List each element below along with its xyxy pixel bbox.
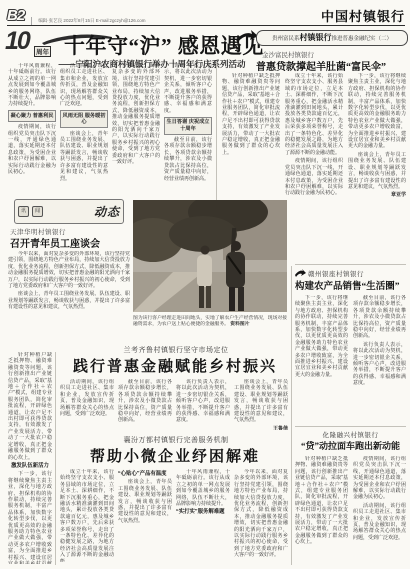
- lankao-article-body: 活动期间，该行组织员工走进社区、集市和企业，发放宣传折页，普及金融知识，现场解答…: [60, 379, 290, 430]
- left-col-subhead: 激发队伍新活力: [8, 463, 52, 469]
- jinsha-byline: 章亚学: [348, 192, 406, 198]
- lead-subhead-1: 凝心聚力 普惠利民: [8, 110, 56, 121]
- lead-col-3: 今年以来，面对复杂多变的外部环境，该行坚持党建引领，围绕地方特色产业布局，持续加…: [112, 63, 160, 196]
- lead-subhead-2: 风雨无阻 服务暖初心: [60, 110, 108, 128]
- body-text: 活动期间，该行组织员工走进社区、集市和企业，发放宣传折页，普及金融知识，现场解答…: [60, 379, 114, 417]
- jinsha-col-3: 下一步，该行将继续聚焦主责主业，深化与地方政府、担保机构的协作联动，持续完善服务…: [348, 73, 406, 262]
- body-text: 座谈会上，青年员工围绕业务发展、队伍建设、职业规划等踊跃发言，畅谈收获与困惑，并…: [118, 479, 172, 524]
- lamian-col-1: 针对种植户缺乏抵押物、融资难融资贵等问题，该行创新推出产业链信贷产品，采取“基地…: [295, 456, 348, 562]
- body-text: 截至目前，该行各项存款余额稳步增长，各项贷款余额持续攀升，涉农及小微贷款占比保持…: [164, 137, 212, 182]
- news-icon: 讯: [18, 206, 29, 217]
- body-text: 该行负责人表示，将以此次活动为契机，进一步密切银企关系，倾听客户心声，改进服务举…: [353, 342, 406, 387]
- body-text: 今年以来，面对复杂多变的外部环境，该行坚持党建引领，围绕地方特色产业布局，持续加…: [234, 469, 288, 559]
- dongtai-article-body: 今年以来，面对复杂多变的外部环境，该行坚持党建引领，围绕地方特色产业布局，持续加…: [8, 251, 130, 348]
- series-banner-suffix: 推进普惠金融纪实（二）: [332, 36, 393, 42]
- jinsha-col-2: 成立十年来，该行始终坚守支农支小、服务县域的市场定位，立足本土、深耕细作，不断下…: [285, 73, 343, 262]
- lankao-col-1: 活动期间，该行组织员工走进社区、集市和企业，发放宣传折页，普及金融知识，现场解答…: [60, 379, 114, 430]
- series-arrow-icon: [236, 30, 258, 43]
- dongtai-logo-text: 动态: [94, 203, 120, 220]
- body-text: 针对种植户缺乏抵押物、融资难融资贵等问题，该行创新推出产业链信贷产品，采取“基地…: [8, 352, 52, 461]
- body-text: 座谈会上，青年员工围绕业务发展、队伍建设、职业规划等踊跃发言，畅谈收获与困惑，并…: [234, 379, 288, 424]
- series-banner-bold: 村镇银行: [300, 33, 332, 42]
- xiangfen-headline: 帮助小微企业纾困解难: [60, 445, 290, 466]
- ganzhou-article-body: 下一步，该行将继续聚焦主责主业，深化与地方政府、担保机构的协作联动，持续完善服务…: [295, 295, 406, 422]
- body-text: 该行负责人表示，将以此次活动为契机，进一步密切银企关系，倾听客户心声，改进服务举…: [164, 63, 212, 114]
- lamian-kicker: 化隆融兴村镇银行: [295, 430, 406, 439]
- anniversary-label: 周年: [34, 46, 51, 57]
- body-text: 活动期间，该行组织员工走进社区、集市和企业，发放宣传折页，普及金融知识，现场解答…: [353, 503, 406, 541]
- left-continuation-column: 针对种植户缺乏抵押物、融资难融资贵等问题，该行创新推出产业链信贷产品，采取“基地…: [8, 352, 52, 564]
- body-text: 活动期间，该行组织员工走进社区、集市和企业，发放宣传折页，普及金融知识，现场解答…: [60, 63, 108, 108]
- xiangfen-col-1: 成立十年来，该行始终坚守支农支小、服务县域的市场定位，立足本土、深耕细作，不断下…: [60, 469, 114, 562]
- edition-meta: 编辑·张艺良 2022年8月15日 E-mail:zgczyh@126.com: [31, 17, 145, 25]
- body-text: 成立十年来，该行始终坚守支农支小、服务县域的市场定位，立足本土、深耕细作，不断下…: [60, 469, 114, 562]
- ganzhou-kicker: 赣州银座村镇银行: [308, 269, 364, 278]
- page-header: B2 编辑·张艺良 2022年8月15日 E-mail:zgczyh@126.c…: [7, 4, 405, 26]
- photo-caption: 图为该行客户经理走进田间地头，实地了解农户生产经营情况，现场对接融资需求，为农户…: [133, 316, 287, 328]
- lankao-kicker: 兰考齐鲁村镇银行坚守市场定位: [62, 345, 290, 355]
- body-text: 今年以来，面对复杂多变的外部环境，该行坚持党建引领，围绕地方特色产业布局，持续加…: [8, 251, 130, 289]
- section-masthead: 中国村镇银行: [321, 6, 405, 25]
- lead-headline: 十年守“沪” 感恩遇见: [64, 30, 259, 60]
- column-divider: [55, 352, 56, 565]
- body-text: 针对种植户缺乏抵押物、融资难融资贵等问题，该行创新推出产业链信贷产品，采取“基地…: [295, 456, 348, 546]
- lamian-headline: “贷”动拉面车跑出新动能: [295, 439, 406, 452]
- body-text: 下一步，该行将继续聚焦主责主业，深化与地方政府、担保机构的协作联动，持续完善服务…: [295, 295, 348, 378]
- lankao-col-2: 截至目前，该行各项存款余额稳步增长，各项贷款余额持续攀升，涉农及小微贷款占比保持…: [118, 379, 172, 430]
- photo-credit: 资料图片: [230, 322, 249, 327]
- lankao-col-4: 座谈会上，青年员工围绕业务发展、队伍建设、职业规划等踊跃发言，畅谈收获与困惑，并…: [234, 379, 288, 430]
- newspaper-page: B2 编辑·张艺良 2022年8月15日 E-mail:zgczyh@126.c…: [0, 0, 410, 569]
- dongtai-col-1: 今年以来，面对复杂多变的外部环境，该行坚持党建引领，围绕地方特色产业布局，持续加…: [8, 251, 130, 348]
- lead-col-2: 活动期间，该行组织员工走进社区、集市和企业，发放宣传折页，普及金融知识，现场解答…: [60, 63, 108, 196]
- lankao-col-3: 该行负责人表示，将以此次活动为契机，进一步密切银企关系，倾听客户心声，改进服务举…: [176, 379, 230, 430]
- dongtai-headline: 召开青年员工座谈会: [10, 235, 100, 250]
- body-text: 成立十年来，该行始终坚守支农支小、服务县域的市场定位，立足本土、深耕细作，不断下…: [285, 73, 343, 156]
- lamian-article-body: 针对种植户缺乏抵押物、融资难融资贵等问题，该行创新推出产业链信贷产品，采取“基地…: [295, 456, 406, 562]
- body-text: 截至目前，该行各项存款余额稳步增长，各项贷款余额持续攀升，涉农及小微贷款占比保持…: [118, 379, 172, 424]
- xiangfen-col-2: “心贴心”产品有温度 座谈会上，青年员工围绕业务发展、队伍建设、职业规划等踊跃发…: [118, 469, 172, 562]
- dongtai-logo-box: 讯 闻 动态: [14, 199, 124, 224]
- section-rule: [295, 426, 406, 427]
- ganzhou-col-2: 截至目前，该行各项存款余额稳步增长，各项贷款余额持续攀升，涉农及小微贷款占比保持…: [353, 295, 406, 422]
- jinsha-headline: 普惠贷款撑起羊肚菌“富民伞”: [256, 58, 406, 73]
- body-text: 座谈会上，青年员工围绕业务发展、队伍建设、职业规划等踊跃发言，畅谈收获与困惑，并…: [8, 291, 130, 310]
- lead-col-4: 该行负责人表示，将以此次活动为契机，进一步密切银企关系，倾听客户心声，改进服务举…: [164, 63, 212, 196]
- page-number: B2: [7, 7, 24, 25]
- ganzhou-headline: 构建农产品销售“生活圈”: [295, 278, 406, 292]
- body-text: 十年风雨兼程，十年砥砺前行。该行从成立之初的单一网点发展到如今覆盖城乡的服务网络…: [8, 63, 56, 108]
- body-text: 座谈会上，青年员工围绕业务发展、队伍建设、职业规划等踊跃发言，畅谈收获与困惑，并…: [60, 131, 108, 182]
- column-divider: [291, 266, 292, 565]
- body-text: 截至目前，该行各项存款余额稳步增长，各项贷款余额持续攀升，涉农及小微贷款占比保持…: [353, 295, 406, 340]
- body-text: 今年以来，面对复杂多变的外部环境，该行坚持党建引领，围绕地方特色产业布局，持续加…: [112, 63, 160, 166]
- xiangfen-subhead-a: “心贴心”产品有温度: [118, 471, 172, 477]
- body-text: 疫情期间，该行组织党员突击队下沉一线，开通绿色通道，落实延期还本付息政策，为受困…: [8, 124, 56, 175]
- news-photo: [133, 200, 287, 312]
- jinsha-col-1: 针对种植户缺乏抵押物、融资难融资贵等问题，该行创新推出产业链信贷产品，采取“基地…: [222, 73, 280, 193]
- lankao-headline: 践行普惠金融赋能乡村振兴: [60, 355, 290, 376]
- kicker-arrow-icon: [295, 269, 306, 277]
- lead-article-body: 十年风雨兼程，十年砥砺前行。该行从成立之初的单一网点发展到如今覆盖城乡的服务网络…: [8, 63, 212, 196]
- photo-caption-text: 图为该行客户经理走进田间地头，实地了解农户生产经营情况，现场对接融资需求，为农户…: [133, 316, 287, 327]
- lankao-byline: 王鲁偕: [234, 426, 288, 430]
- lamian-col-2: 疫情期间，该行组织党员突击队下沉一线，开通绿色通道，落实延期还本付息政策，为受困…: [353, 456, 406, 562]
- body-text: 十年风雨兼程，十年砥砺前行。该行从成立之初的单一网点发展到如今覆盖城乡的服务网络…: [176, 469, 230, 507]
- xiangfen-kicker: 襄汾万都村镇银行完善服务机制: [62, 435, 290, 445]
- body-text: 该行负责人表示，将以此次活动为契机，进一步密切银企关系，倾听客户心声，改进服务举…: [176, 379, 230, 424]
- xiangfen-col-4: 今年以来，面对复杂多变的外部环境，该行坚持党建引领，围绕地方特色产业布局，持续加…: [234, 469, 288, 562]
- series-banner: 贵州富民系村镇银行推进普惠金融纪实（二）: [256, 30, 408, 46]
- bulletin-icon: 闻: [32, 206, 43, 217]
- body-text: 下一步，该行将继续聚焦主责主业，深化与地方政府、担保机构的协作联动，持续完善服务…: [8, 471, 52, 564]
- lead-subhead-3: 生日答谢 庆祝成立十周年: [164, 117, 212, 135]
- left-col: 针对种植户缺乏抵押物、融资难融资贵等问题，该行创新推出产业链信贷产品，采取“基地…: [8, 352, 52, 564]
- body-text: 疫情期间，该行组织党员突击队下沉一线，开通绿色通道，落实延期还本付息政策，为受困…: [353, 456, 406, 501]
- body-text: 下一步，该行将继续聚焦主责主业，深化与地方政府、担保机构的协作联动，持续完善服务…: [348, 73, 406, 150]
- xiangfen-col-3: 十年风雨兼程，十年砥砺前行。该行从成立之初的单一网点发展到如今覆盖城乡的服务网络…: [176, 469, 230, 562]
- body-text: 座谈会上，青年员工围绕业务发展、队伍建设、职业规划等踊跃发言，畅谈收获与困惑，并…: [348, 152, 406, 190]
- body-text: 疫情期间，该行组织党员突击队下沉一线，开通绿色通道，落实延期还本付息政策，为受困…: [285, 158, 343, 196]
- lead-col-1: 十年风雨兼程，十年砥砺前行。该行从成立之初的单一网点发展到如今覆盖城乡的服务网络…: [8, 63, 56, 196]
- xiangfen-article-body: 成立十年来，该行始终坚守支农支小、服务县域的市场定位，立足本土、深耕细作，不断下…: [60, 469, 290, 562]
- anniversary-number: 10: [5, 27, 29, 55]
- section-rule: [295, 264, 406, 265]
- ganzhou-col-1: 下一步，该行将继续聚焦主责主业，深化与地方政府、担保机构的协作联动，持续完善服务…: [295, 295, 348, 422]
- xiangfen-subhead-b: “实打实”服务解难题: [176, 509, 230, 515]
- body-text: 针对种植户缺乏抵押物、融资难融资贵等问题，该行创新推出产业链信贷产品，采取“基地…: [222, 73, 280, 156]
- series-banner-prefix: 贵州富民系: [272, 36, 300, 42]
